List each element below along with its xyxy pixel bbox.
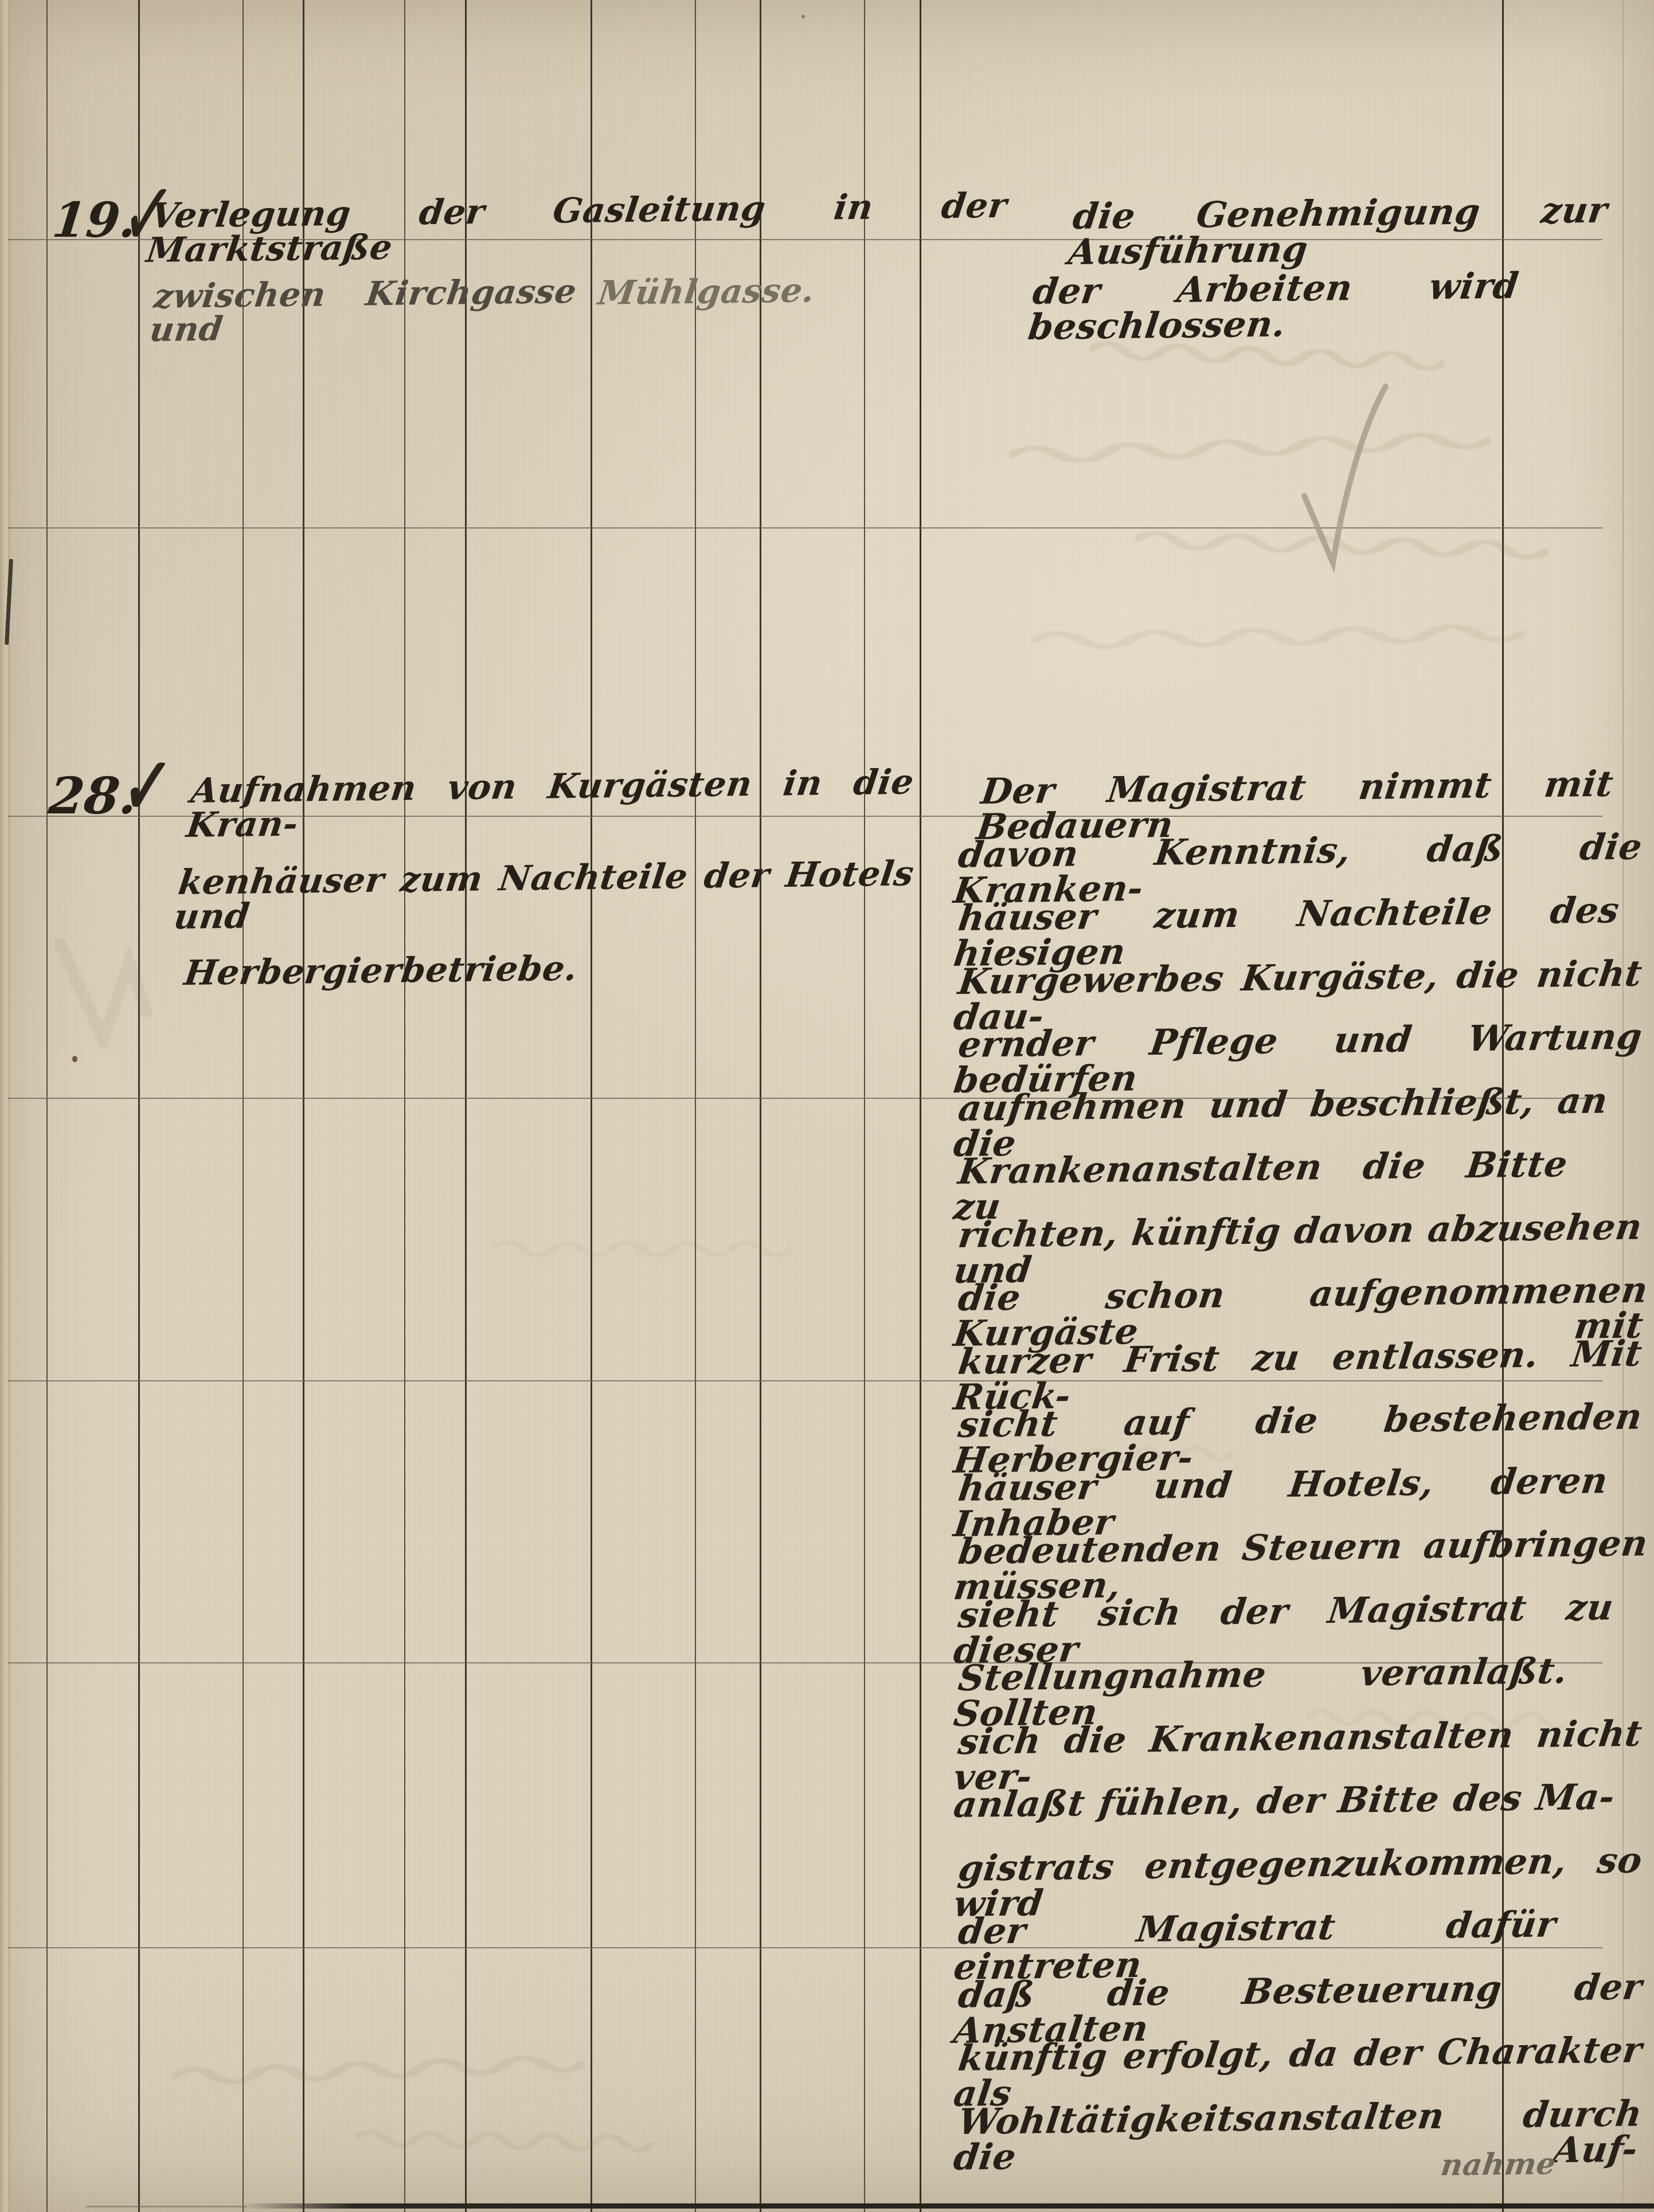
vertical-rule — [695, 0, 696, 2212]
vertical-rule-main-divider — [920, 0, 921, 2212]
page-edge-hairline — [9, 0, 10, 2212]
bleedthrough-writing — [52, 934, 155, 1049]
pencil-approval-check-icon — [1287, 378, 1396, 573]
bleedthrough-writing — [355, 2127, 654, 2155]
vertical-rule — [864, 0, 865, 2212]
vertical-rule — [760, 0, 761, 2212]
bleedthrough-writing — [1032, 620, 1526, 653]
paper-speck — [72, 1056, 77, 1062]
vertical-rule — [46, 0, 48, 2212]
entry-28-subject-line: Aufnahmen von Kurgästen in die Kran- — [185, 765, 916, 843]
entry-28-decision-line: anlaßt fühlen, der Bitte des Ma- — [952, 1779, 1617, 1823]
page-edge-bottom — [241, 2203, 1654, 2209]
entry-28-subject-line: kenhäuser zum Nachteile der Hotels und — [172, 856, 916, 934]
bleedthrough-writing — [493, 1238, 791, 1260]
entry-19-decision-line: der Arbeiten wird beschlossen. — [1026, 268, 1520, 345]
entry-19-subject-line: zwischen Kirchgasse und — [148, 275, 578, 346]
vertical-rule — [591, 0, 592, 2212]
page-edge-bottom-faint — [86, 2206, 247, 2207]
ledger-page: 19. ✓ Verlegung der Gasleitung in der Ma… — [0, 0, 1654, 2212]
entry-28-checkmark-icon: ✓ — [118, 742, 175, 831]
entry-28-catchword: nahme — [1439, 2149, 1575, 2180]
entry-28-subject-line: Herbergierbetriebe. — [182, 953, 486, 990]
entry-19-subject-line: Verlegung der Gasleitung in der Marktstr… — [144, 189, 1009, 268]
paper-speck — [801, 15, 805, 18]
entry-19-decision-line: die Genehmigung zur Ausführung — [1066, 193, 1609, 270]
bleedthrough-writing — [1009, 427, 1491, 468]
vertical-rule — [138, 0, 140, 2212]
entry-19-subject-line: Mühlgasse. — [596, 275, 764, 310]
bleedthrough-writing — [171, 2050, 585, 2089]
